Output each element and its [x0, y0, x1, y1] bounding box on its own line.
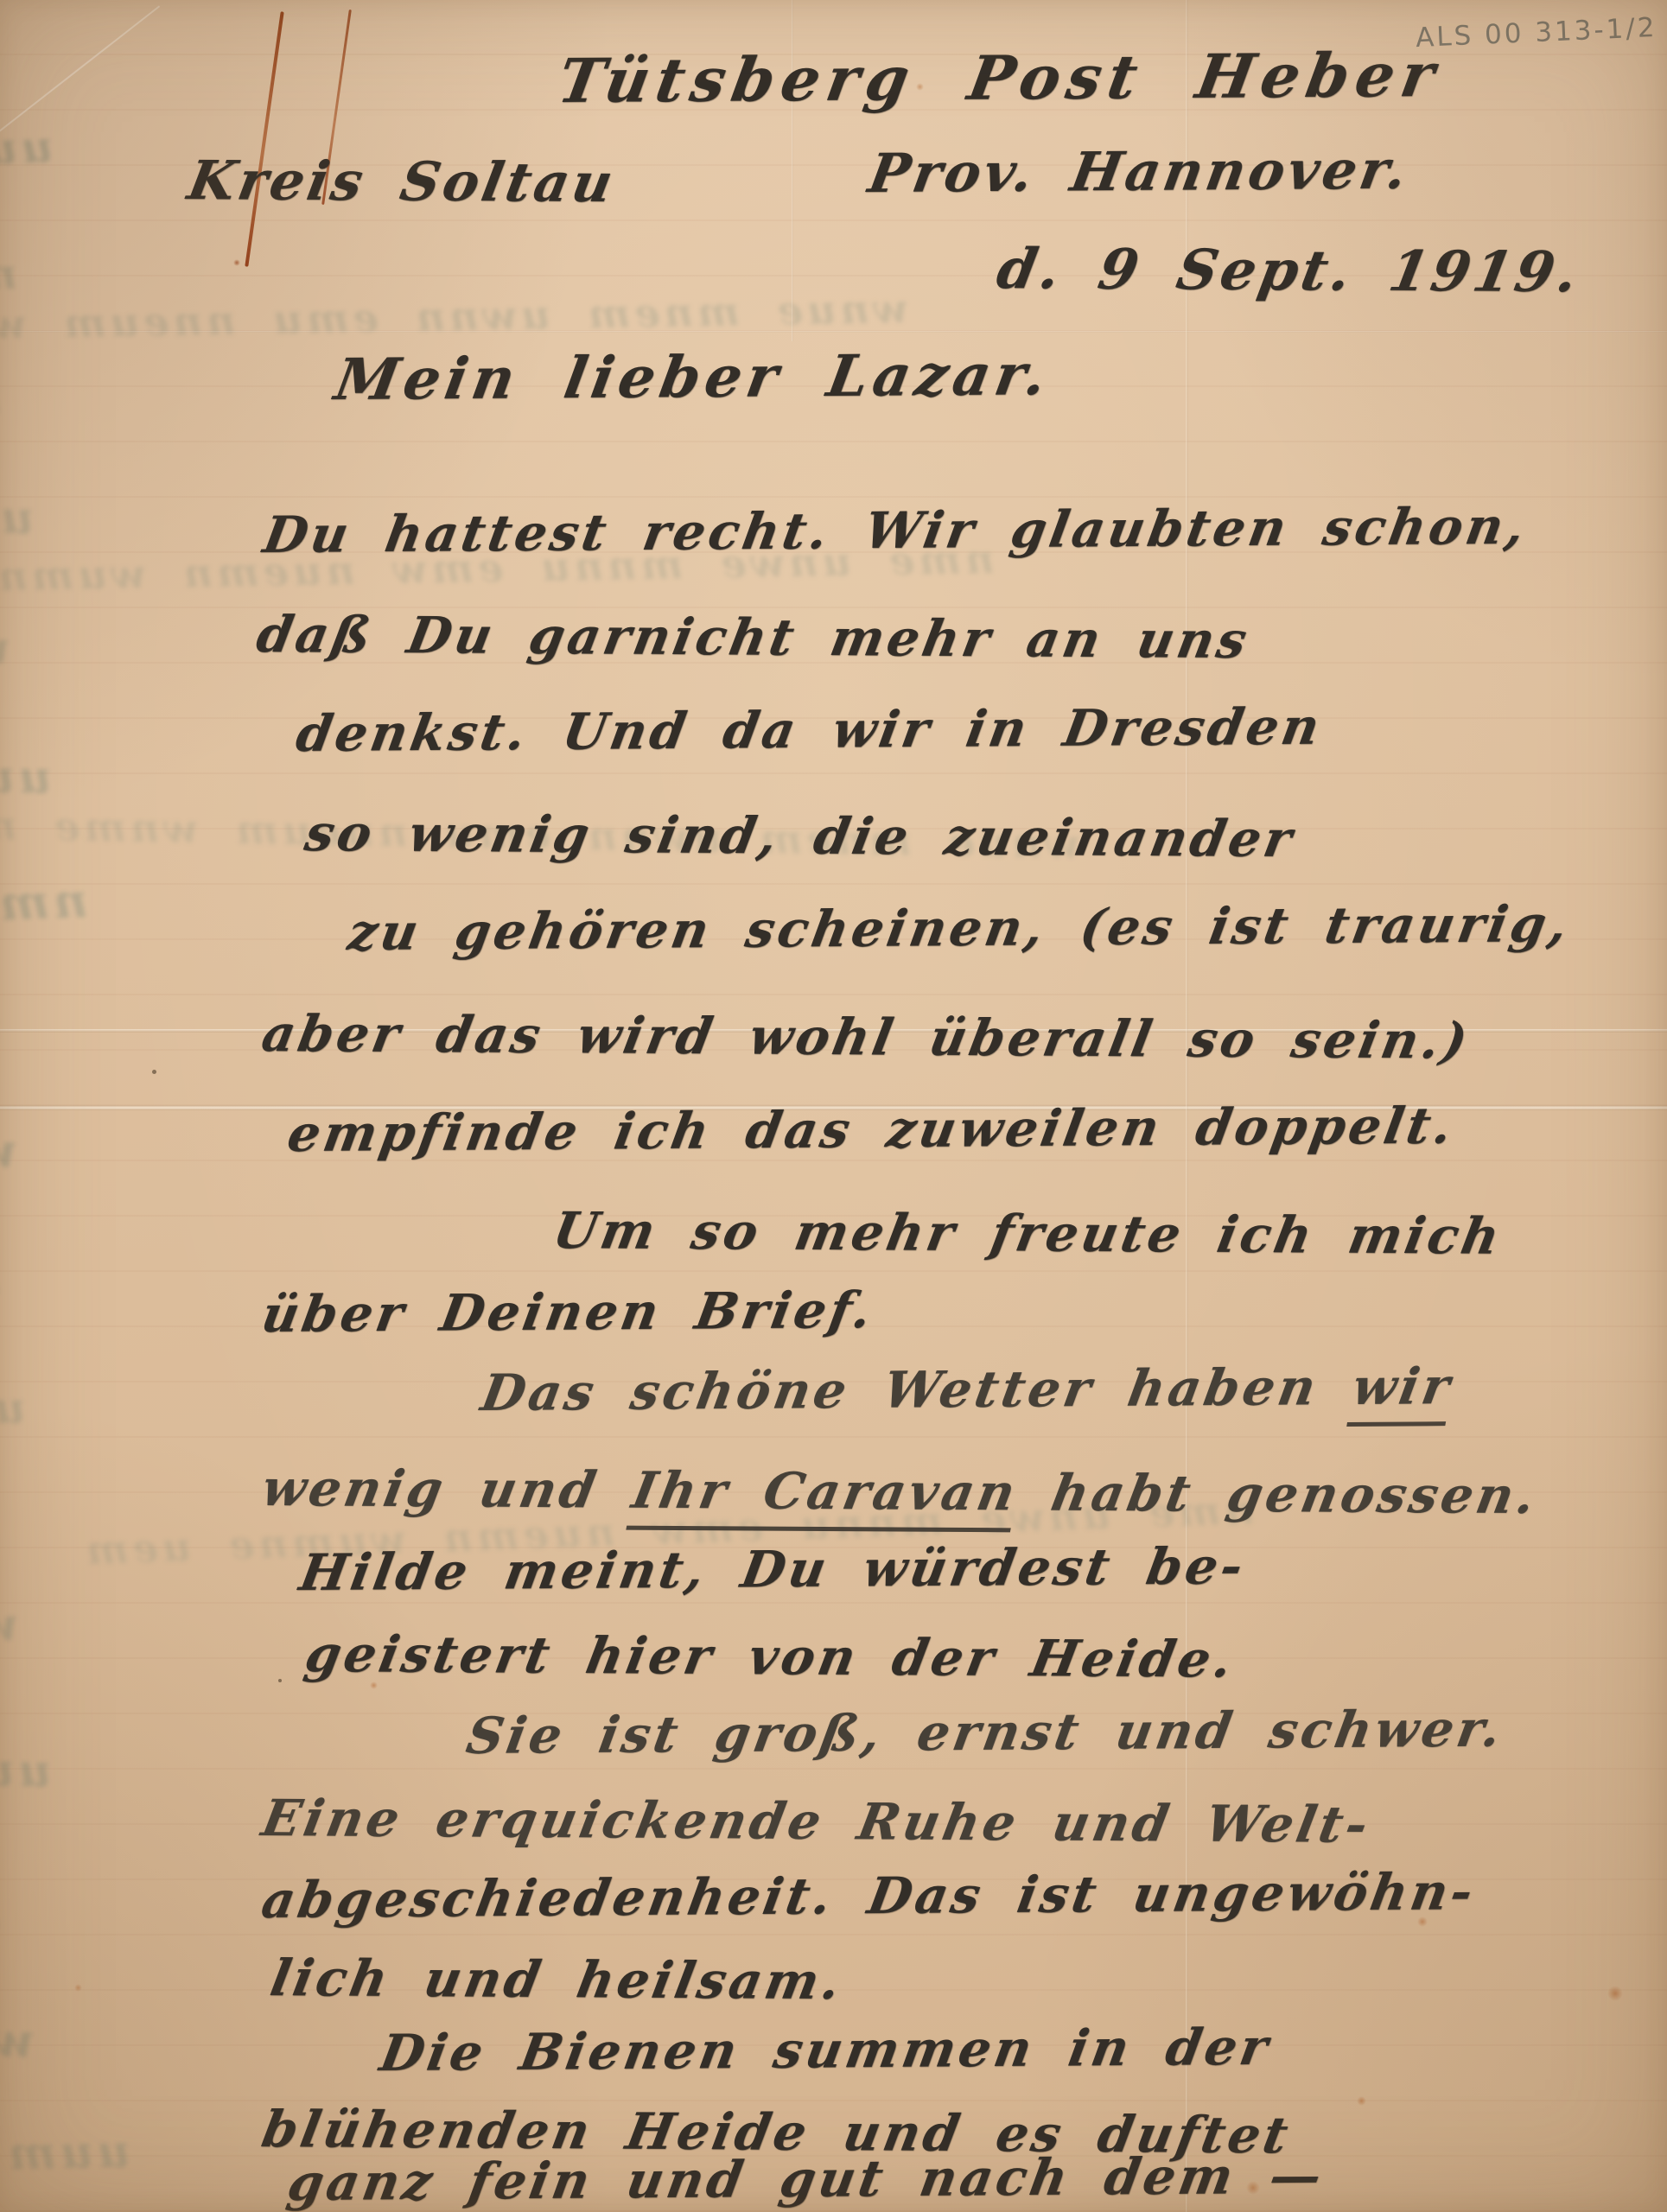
corner-crease [0, 5, 160, 134]
letter-line: lich und heilsam. [266, 1948, 848, 2011]
bleedthrough-scribble: uum mnue numre uen nnumem une mwe nnu [0, 121, 54, 220]
letter-line: ganz fein und gut nach dem — [283, 2146, 1329, 2212]
paper-fleck [278, 1679, 282, 1682]
letter-line: wenig und Ihr Caravan habt genossen. [258, 1459, 1543, 1525]
bleedthrough-scribble: nme unwe mnnu emw nuemn wumne uem [0, 1253, 2, 1337]
bleedthrough-scribble: uum mnue numre uen nnumem une mwe nnu [0, 727, 52, 804]
letter-line: Eine erquickende Ruhe und Welt- [258, 1789, 1376, 1854]
bleedthrough-scribble: wnue mnem uwnn emu nneum wnme nnu ew [0, 1073, 17, 1179]
foxing-spot [1357, 2096, 1366, 2106]
salutation: Mein lieber Lazar. [330, 340, 1056, 413]
letter-line: daß Du garnicht mehr an uns [252, 605, 1255, 670]
letter-line: zu gehören scheinen, (es ist traurig, [344, 894, 1575, 962]
underlined-phrase: Ihr Caravan [626, 1461, 1022, 1533]
bleedthrough-scribble: uum mnue numre uen nnumem une mwe nnu [0, 443, 35, 545]
letter-line: Hilde meint, Du würdest be- [296, 1536, 1250, 1602]
letter-line: geistert hier von der Heide. [301, 1624, 1240, 1689]
letter-line: denkst. Und da wir in Dresden [292, 697, 1327, 763]
letter-line: Du hattest recht. Wir glaubten schon, [259, 497, 1532, 564]
bleedthrough-scribble: wnue mnem uwnn emu nneum wnme nnu ew [0, 1599, 18, 1675]
bleedthrough-scribble: nme unwe mnnu emw nuemn wumne uem [0, 873, 88, 975]
heading-province: Prov. Hannover. [864, 138, 1415, 205]
paper-fleck [152, 1070, 156, 1074]
archive-number-pencil: ALS 00 313-1/2 [1415, 12, 1657, 54]
line-text: habt genossen. [1012, 1463, 1543, 1525]
letter-page: uum mnue numre uen nnumem une mwe nnu nm… [0, 0, 1667, 2212]
letter-line: Um so mehr freute ich mich [549, 1201, 1507, 1266]
underlined-word: wir [1346, 1357, 1457, 1427]
letter-line: über Deinen Brief. [258, 1281, 879, 1344]
heading-date: d. 9 Sept. 1919. [992, 237, 1586, 305]
letter-line: abgeschiedenheit. Das ist ungewöhn- [258, 1862, 1480, 1929]
line-text: Das schöne Wetter haben [477, 1357, 1358, 1422]
bleedthrough-scribble: uum mnue numre uen nnumem une mwe nnu [0, 2126, 130, 2203]
letter-line: aber das wird wohl überall so sein.) [258, 1004, 1475, 1071]
rust-dot [233, 259, 240, 266]
foxing-spot [1607, 1986, 1623, 2001]
bleedthrough-scribble: nme unwe mnnu emw nuemn wumne uem [0, 229, 17, 298]
bleedthrough-scribble: wnue mnem uwnn emu nneum wnme nnu ew [0, 1963, 35, 2069]
bleedthrough-scribble: uum mnue numre uen nnumem une mwe nnu [0, 1002, 1, 1080]
bleedthrough-scribble: wnue mnem uwnn emu nneum wnme nnu ew [0, 622, 10, 709]
bleedthrough-scribble: nme unwe mnnu emw nuemn wumne uem [0, 372, 2, 467]
rust-mark [245, 11, 283, 267]
bleedthrough-scribble: uum mnue numre uen nnumem une mwe nnu [0, 1708, 52, 1798]
letter-line: Die Bienen summen in der [376, 2018, 1276, 2082]
foxing-spot [74, 1984, 82, 1992]
line-text: wenig und [258, 1459, 639, 1520]
letter-line: empfinde ich das zuweilen doppelt. [283, 1096, 1460, 1163]
letter-line: Das schöne Wetter haben wir [477, 1357, 1457, 1422]
bleedthrough-scribble: nme unwe mnnu emw nuemn wumne uem [0, 1884, 1, 1962]
fold-crease-horizontal [0, 331, 1667, 333]
letter-line: so wenig sind, die zueinander [301, 804, 1300, 868]
bleedthrough-scribble: uum mnue numre uen nnumem une mwe nnu [0, 1358, 26, 1433]
heading-district: Kreis Soltau [183, 149, 620, 214]
heading-place: Tütsberg Post Heber [553, 39, 1447, 117]
letter-line: Sie ist groß, ernst und schwer. [462, 1700, 1509, 1765]
